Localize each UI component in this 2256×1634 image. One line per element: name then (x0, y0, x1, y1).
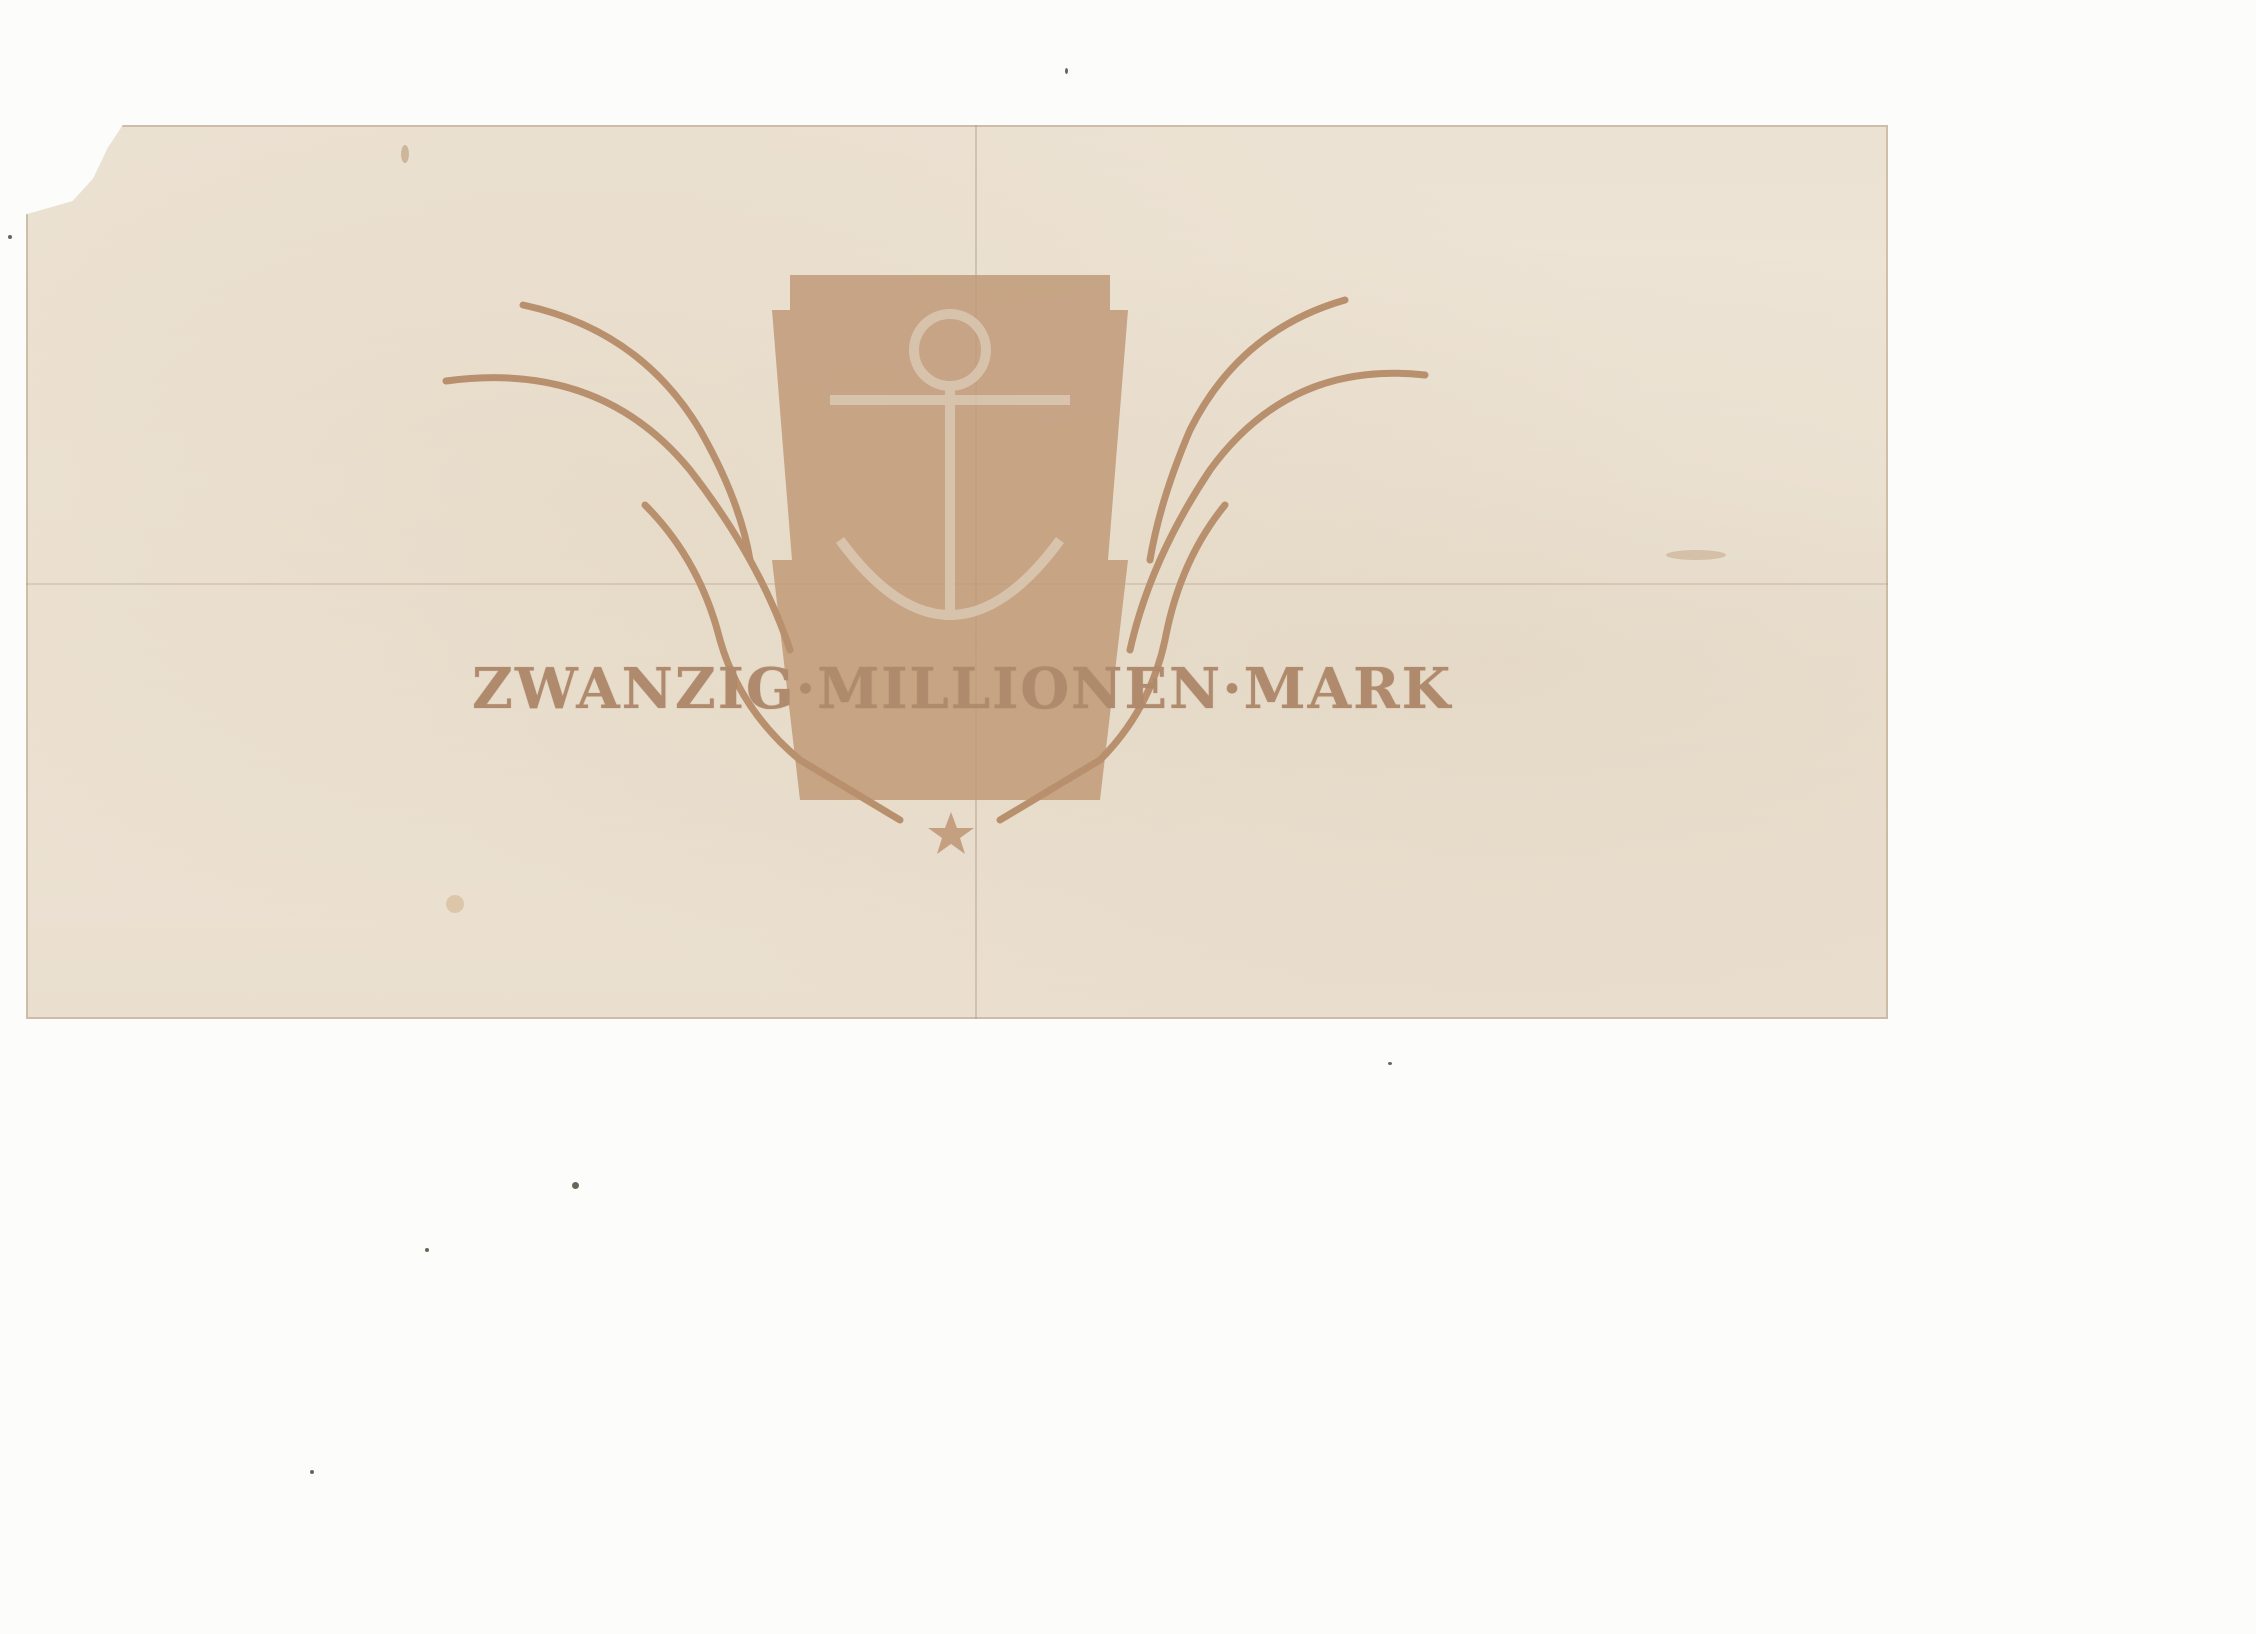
denomination-text: ZWANZIG·MILLIONEN·MARK (472, 656, 1432, 722)
star-icon (928, 812, 974, 854)
banknote-artwork (0, 0, 2256, 1634)
